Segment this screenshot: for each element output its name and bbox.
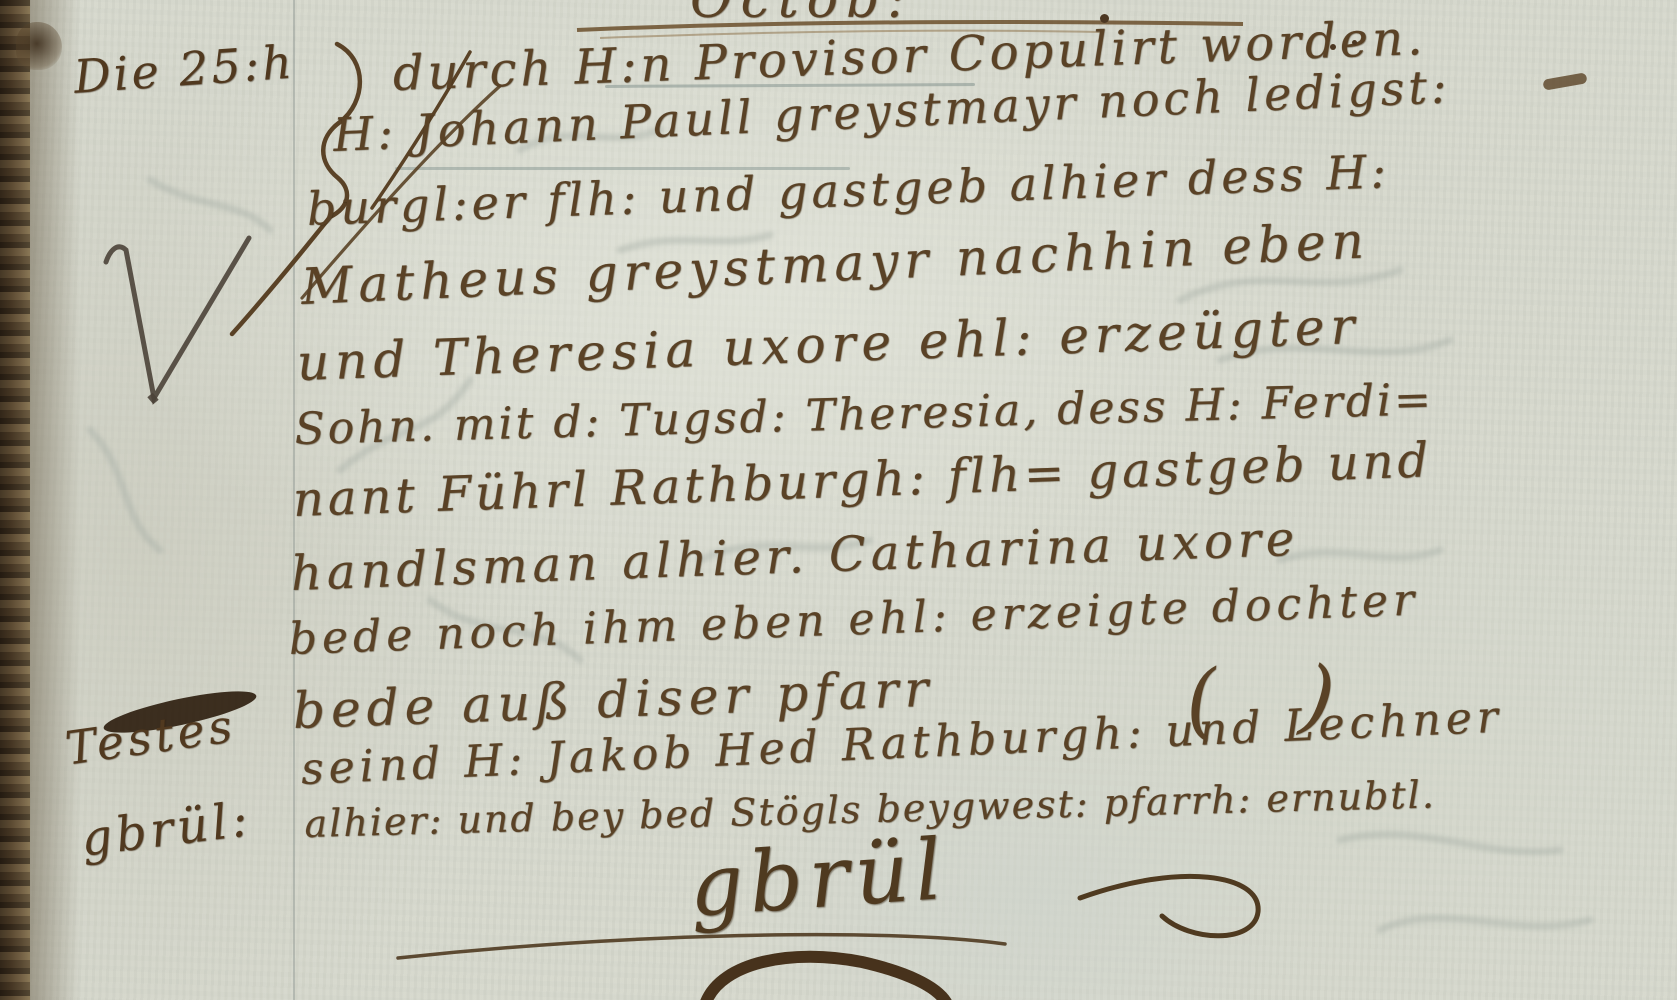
ink-dot xyxy=(1330,44,1336,50)
manuscript-page: Octob: Die 25:h Testes gbrül: durch H:n … xyxy=(0,0,1677,1000)
ink-dot xyxy=(1352,40,1357,45)
ink-dot xyxy=(1100,14,1109,23)
cutoff-stroke-bottom xyxy=(0,0,1677,1000)
